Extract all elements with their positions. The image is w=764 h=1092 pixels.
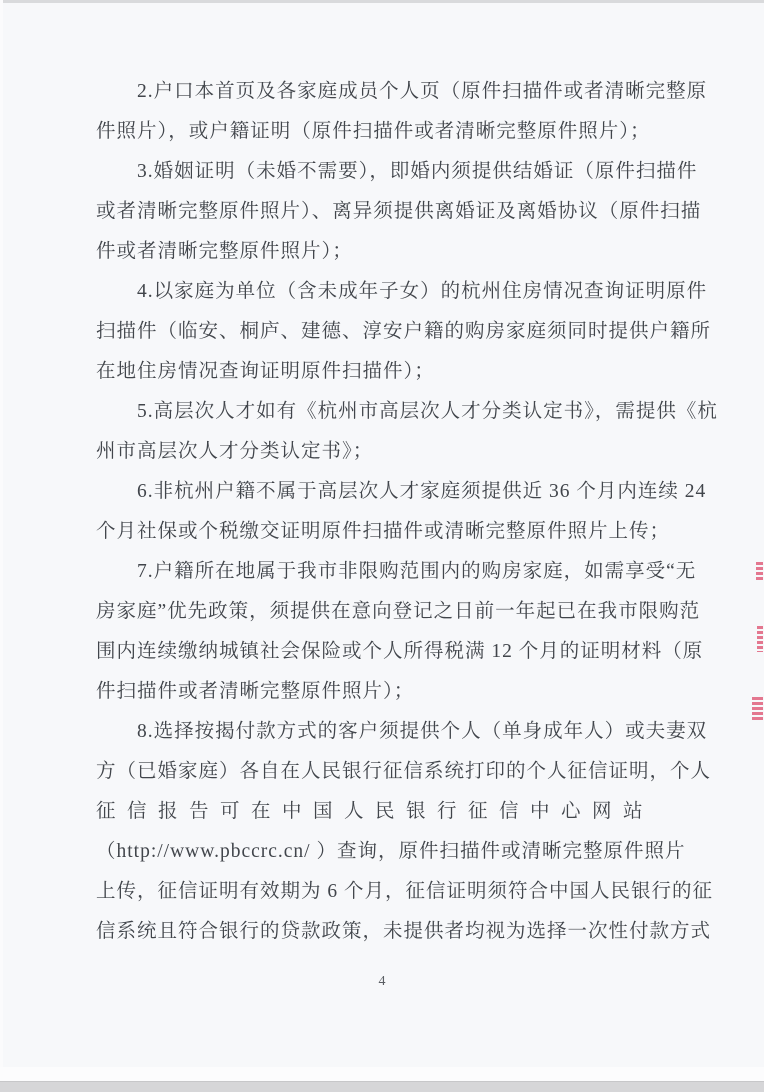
text-line: 件照片），或户籍证明（原件扫描件或者清晰完整原件照片）； [96, 112, 672, 152]
scan-edge-bottom-light [0, 1067, 764, 1082]
text-line: 5.高层次人才如有《杭州市高层次人才分类认定书》，需提供《杭 [96, 392, 672, 432]
scan-edge-top [0, 0, 764, 3]
text-line: 件或者清晰完整原件照片）； [96, 232, 672, 272]
text-line: 8.选择按揭付款方式的客户须提供个人（单身成年人）或夫妻双 [96, 712, 672, 752]
text-line: 个月社保或个税缴交证明原件扫描件或清晰完整原件照片上传； [96, 512, 672, 552]
stamp-edge-fragment [756, 562, 763, 580]
text-line: 上传，征信证明有效期为 6 个月，征信证明须符合中国人民银行的征 [96, 872, 672, 912]
document-page: 2.户口本首页及各家庭成员个人页（原件扫描件或者清晰完整原件照片），或户籍证明（… [0, 0, 764, 1092]
text-line: 或者清晰完整原件照片）、离异须提供离婚证及离婚协议（原件扫描 [96, 192, 672, 232]
stamp-edge-fragment [757, 626, 763, 652]
text-line: 信系统且符合银行的贷款政策，未提供者均视为选择一次性付款方式 [96, 912, 672, 952]
scan-edge-left [0, 0, 3, 1092]
text-line: 4.以家庭为单位（含未成年子女）的杭州住房情况查询证明原件 [96, 272, 672, 312]
text-line: 州市高层次人才分类认定书》； [96, 432, 672, 472]
text-line: 在地住房情况查询证明原件扫描件）； [96, 352, 672, 392]
text-line: 6.非杭州户籍不属于高层次人才家庭须提供近 36 个月内连续 24 [96, 472, 672, 512]
text-line: 扫描件（临安、桐庐、建德、淳安户籍的购房家庭须同时提供户籍所 [96, 312, 672, 352]
text-line: 3.婚姻证明（未婚不需要），即婚内须提供结婚证（原件扫描件 [96, 152, 672, 192]
text-line: （http://www.pbccrc.cn/ ）查询，原件扫描件或清晰完整原件照… [96, 832, 672, 872]
text-line: 7.户籍所在地属于我市非限购范围内的购房家庭，如需享受“无 [96, 552, 672, 592]
page-number: 4 [0, 974, 764, 990]
text-line: 方（已婚家庭）各自在人民银行征信系统打印的个人征信证明，个人 [96, 752, 672, 792]
text-line: 围内连续缴纳城镇社会保险或个人所得税满 12 个月的证明材料（原 [96, 632, 672, 672]
text-line: 房家庭”优先政策，须提供在意向登记之日前一年起已在我市限购范 [96, 592, 672, 632]
document-body: 2.户口本首页及各家庭成员个人页（原件扫描件或者清晰完整原件照片），或户籍证明（… [96, 72, 672, 952]
scan-edge-bottom [0, 1081, 764, 1092]
text-line: 征信报告可在中国人民银行征信中心网站 [96, 792, 672, 832]
text-line: 2.户口本首页及各家庭成员个人页（原件扫描件或者清晰完整原 [96, 72, 672, 112]
stamp-edge-fragment [752, 697, 763, 721]
text-line: 件扫描件或者清晰完整原件照片）； [96, 672, 672, 712]
scanned-page: 2.户口本首页及各家庭成员个人页（原件扫描件或者清晰完整原件照片），或户籍证明（… [0, 0, 764, 1092]
